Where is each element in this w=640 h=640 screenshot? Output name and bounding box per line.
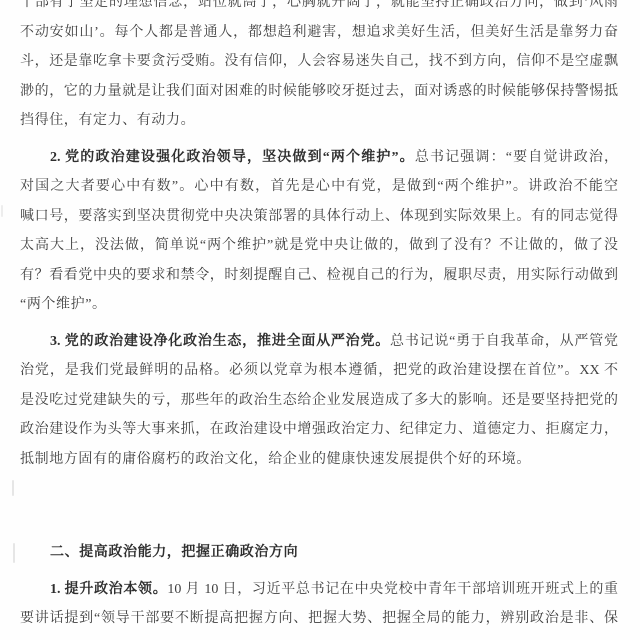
text-line: 不动安如山’。每个人都是普通人，都想趋利避害，想追求美好生活，但美好生活是靠努力… bbox=[20, 18, 618, 48]
paragraph-lead-bold: 1. 提升政治本领。 bbox=[50, 582, 167, 597]
scan-artifact bbox=[13, 543, 15, 563]
paragraph-lead-rest: 总书记强调：“要自觉讲政治， bbox=[415, 150, 618, 165]
text-line: 3. 党的政治建设净化政治生态，推进全面从严治党。总书记说“勇于自我革命，从严管… bbox=[20, 327, 618, 357]
text-line: 喊口号，要落实到坚决贯彻党中央决策部署的具体行动上、体现到实际效果上。有的同志觉… bbox=[20, 202, 618, 232]
text-line: 太高大上，没法做，简单说“两个维护”就是党中央让做的，做到了没有？不让做的，做了… bbox=[20, 231, 618, 261]
paragraph-ideals: 干部有了坚定的理想信念，站位就高了，心胸就开阔了，就能坚持正确政治方向，做到‘风… bbox=[20, 0, 618, 136]
paragraph-lead-rest: 总书记说“勇于自我革命，从严管党 bbox=[390, 334, 618, 349]
text-line: “两个维护”。 bbox=[20, 290, 618, 320]
document-page: 干部有了坚定的理想信念，站位就高了，心胸就开阔了，就能坚持正确政治方向，做到‘风… bbox=[0, 0, 640, 640]
text-line: 政治建设作为头等大事来抓，在政治建设中增强政治定力、纪律定力、道德定力、拒腐定力… bbox=[20, 415, 618, 445]
paragraph-lead-rest: 10 月 10 日，习近平总书记在中央党校中青年干部培训班开班式上的重 bbox=[167, 582, 618, 597]
text-line: 对国之大者要心中有数”。心中有数，首先是心中有党，是做到“两个维护”。讲政治不能… bbox=[20, 172, 618, 202]
scan-artifact bbox=[12, 480, 14, 496]
paragraph-item-3-political-ecology: 3. 党的政治建设净化政治生态，推进全面从严治党。总书记说“勇于自我革命，从严管… bbox=[20, 327, 618, 475]
paragraph-item-2-political-leadership: 2. 党的政治建设强化政治领导，坚决做到“两个维护”。总书记强调：“要自觉讲政治… bbox=[20, 143, 618, 320]
document-text-body: 干部有了坚定的理想信念，站位就高了，心胸就开阔了，就能坚持正确政治方向，做到‘风… bbox=[20, 0, 618, 634]
text-line: 斗，还是靠吃拿卡要贪污受贿。没有信仰，人会容易迷失自己，找不到方向，信仰不是空虚… bbox=[20, 47, 618, 77]
text-line: 1. 提升政治本领。10 月 10 日，习近平总书记在中央党校中青年干部培训班开… bbox=[20, 575, 618, 605]
text-line: 要讲话提到“领导干部要不断提高把握方向、把握大势、把握全局的能力，辨别政治是非、… bbox=[20, 604, 618, 634]
text-line: 有？看看党中央的要求和禁令，时刻提醒自己、检视自己的行为，履职尽责，用实际行动做… bbox=[20, 261, 618, 291]
paragraph-item-1-political-skill: 1. 提升政治本领。10 月 10 日，习近平总书记在中央党校中青年干部培训班开… bbox=[20, 575, 618, 634]
paragraph-lead-bold: 3. 党的政治建设净化政治生态，推进全面从严治党。 bbox=[50, 334, 390, 349]
paragraph-lead-bold: 2. 党的政治建设强化政治领导，坚决做到“两个维护”。 bbox=[50, 150, 415, 165]
text-line: 抵制地方固有的庸俗腐朽的政治文化，给企业的健康快速发展提供个好的环境。 bbox=[20, 445, 618, 475]
text-line: 2. 党的政治建设强化政治领导，坚决做到“两个维护”。总书记强调：“要自觉讲政治… bbox=[20, 143, 618, 173]
text-line: 是没吃过党建缺失的亏，那些年的政治生态给企业发展造成了多大的影响。还是要坚持把党… bbox=[20, 386, 618, 416]
section-heading-text: 二、提高政治能力，把握正确政治方向 bbox=[20, 538, 618, 568]
text-line: 干部有了坚定的理想信念，站位就高了，心胸就开阔了，就能坚持正确政治方向，做到‘风… bbox=[20, 0, 618, 18]
text-line: 挡得住，有定力、有动力。 bbox=[20, 106, 618, 136]
text-line: 渺的，它的力量就是让我们面对困难的时候能够咬牙挺过去，面对诱惑的时候能够保持警惕… bbox=[20, 77, 618, 107]
section-heading-2: 二、提高政治能力，把握正确政治方向 bbox=[20, 538, 618, 568]
text-line: 治党，是我们党最鲜明的品格。必须以党章为根本遵循，把党的政治建设摆在首位”。XX… bbox=[20, 356, 618, 386]
scan-artifact bbox=[1, 205, 3, 217]
